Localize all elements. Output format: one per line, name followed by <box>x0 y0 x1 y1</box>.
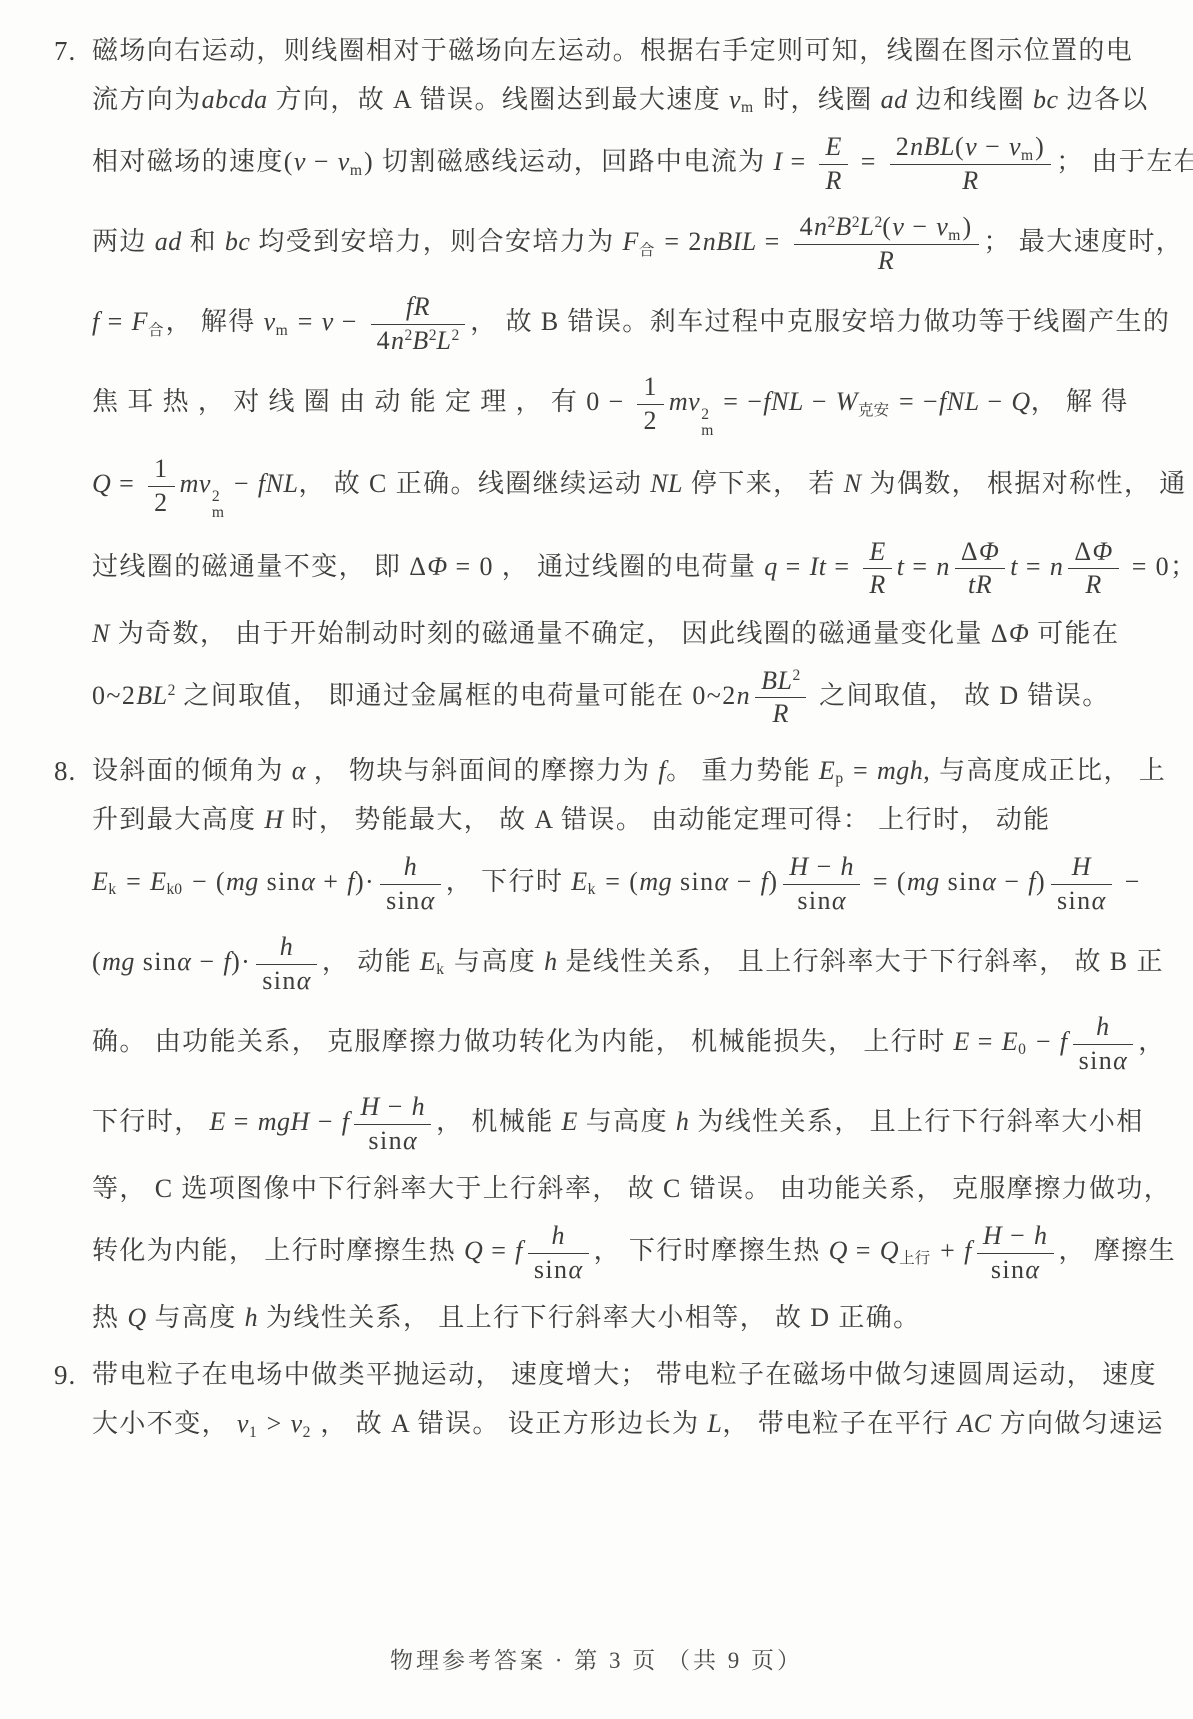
math-variable: fNL <box>939 387 980 416</box>
text-run: 2 <box>643 406 657 435</box>
text-run: = <box>904 552 936 581</box>
text-run: 设斜面的倾角为 <box>92 756 292 785</box>
fraction-denominator: R <box>794 245 979 278</box>
text-run: = − <box>715 387 763 416</box>
fraction: ΔΦtR <box>955 536 1005 602</box>
math-variable: R <box>962 166 978 195</box>
fraction-numerator: H − h <box>354 1091 431 1125</box>
text-run: 4 <box>800 212 814 241</box>
math-variable: h <box>1034 1221 1048 1250</box>
fraction: ΔΦR <box>1068 536 1118 602</box>
fraction-denominator: R <box>755 698 806 731</box>
fraction: ER <box>819 131 847 197</box>
text-run: 与高度 <box>446 947 544 976</box>
text-run: − <box>1117 867 1141 896</box>
fraction-numerator: ΔΦ <box>1068 536 1118 570</box>
text-run: − <box>1002 1221 1034 1250</box>
text-run: ， 摩擦生 <box>1059 1236 1177 1265</box>
math-variable: fR <box>406 292 430 321</box>
text-run: = <box>483 1236 515 1265</box>
text-run: = − <box>891 387 939 416</box>
math-variable: E <box>1002 1027 1018 1056</box>
text-run: = <box>757 227 789 256</box>
math-variable: bc <box>225 227 251 256</box>
text-run: ， 下行时 <box>446 867 571 896</box>
text-run: − <box>729 867 761 896</box>
text-run: ， 故 B 错误。刹车过程中克服安培力做功等于线圈产生的 <box>470 307 1170 336</box>
text-run: sin <box>672 867 714 896</box>
answer-sheet-page: 7.磁场向右运动，则线圈相对于磁场向左运动。根据右手定则可知，线圈在图示位置的电… <box>0 0 1193 1719</box>
math-variable: L <box>860 212 875 241</box>
text-line: 流方向为abcda 方向，故 A 错误。线圈达到最大速度 vm 时，线圈 ad … <box>92 75 1149 124</box>
text-run: 时，线圈 <box>755 85 880 114</box>
text-run: 转化为内能， 上行时摩擦生热 <box>92 1236 464 1265</box>
item-number: 8. <box>54 756 76 787</box>
math-variable: BL <box>136 681 167 710</box>
text-run: 热 <box>92 1303 127 1332</box>
text-run: ) <box>1035 132 1045 161</box>
math-variable: f <box>342 1107 350 1136</box>
text-run: ) <box>768 867 778 896</box>
fraction-numerator: 2nBL(v − vm) <box>890 131 1051 165</box>
text-run: 方向做匀速运 <box>992 1409 1164 1438</box>
text-line: 过线圈的磁通量不变， 即 ΔΦ = 0 ， 通过线圈的电荷量 q = It = … <box>92 529 1149 609</box>
math-variable: E <box>819 756 835 785</box>
text-run: 下行时， <box>92 1107 210 1136</box>
text-run: 磁场向右运动，则线圈相对于磁场向左运动。根据右手定则可知，线圈在图示位置的电 <box>92 36 1133 65</box>
text-run: = <box>845 756 877 785</box>
text-run: Δ <box>961 537 979 566</box>
math-variable: F <box>132 307 148 336</box>
math-variable: f <box>1060 1027 1068 1056</box>
superscript: 2 <box>451 327 459 344</box>
math-variable: mg <box>639 867 672 896</box>
text-run: ( <box>955 132 965 161</box>
math-variable: v <box>1009 132 1021 161</box>
math-variable: α <box>1025 1255 1039 1284</box>
math-variable: v <box>965 132 977 161</box>
math-variable: f <box>347 867 355 896</box>
subscript: 上行 <box>899 1250 930 1267</box>
text-run: 可能在 <box>1029 619 1119 648</box>
text-run: sin <box>386 886 421 915</box>
subscript: k <box>436 961 444 978</box>
answer-item-8: 8.设斜面的倾角为 α ， 物块与斜面间的摩擦力为 f。 重力势能 Ep = m… <box>54 746 1149 1342</box>
text-run: , 与高度成正比， 上 <box>923 756 1166 785</box>
fraction-numerator: H − h <box>783 851 860 885</box>
math-variable: E <box>869 537 885 566</box>
fraction-denominator: sinα <box>528 1254 589 1287</box>
fraction: 12 <box>148 453 174 519</box>
text-line: (mg sinα − f)·hsinα， 动能 Ek 与高度 h 是线性关系， … <box>92 924 1149 1004</box>
item-number: 9. <box>54 1360 76 1391</box>
fraction-denominator: R <box>863 569 891 602</box>
stacked-subscript: m <box>701 423 713 439</box>
math-variable: H <box>1072 852 1091 881</box>
fraction-numerator: BL2 <box>755 665 806 699</box>
math-variable: mgh <box>877 756 923 785</box>
fraction-numerator: H <box>1051 851 1112 885</box>
text-line: Ek = Ek0 − (mg sinα + f)·hsinα， 下行时 Ek =… <box>92 844 1149 924</box>
text-run: 为偶数， 根据对称性， 通 <box>862 469 1187 498</box>
math-variable: h <box>245 1303 259 1332</box>
math-variable: f <box>964 1236 972 1265</box>
text-run: 均受到安培力，则合安培力为 <box>250 227 622 256</box>
stacked-subscript: m <box>212 505 224 521</box>
text-run: )· <box>355 867 375 896</box>
text-line: N 为奇数， 由于开始制动时刻的磁通量不确定， 因此线圈的磁通量变化量 ΔΦ 可… <box>92 609 1149 658</box>
stacked-superscript: 2 <box>212 489 224 505</box>
math-variable: E <box>954 1027 970 1056</box>
text-run: 是线性关系， 且上行斜率大于下行斜率， 故 B 正 <box>558 947 1164 976</box>
math-variable: α <box>292 756 306 785</box>
subscript: k0 <box>166 881 182 898</box>
math-variable: n <box>1050 552 1064 581</box>
math-variable: E <box>150 867 166 896</box>
text-run: ， 解 得 <box>1031 387 1129 416</box>
fraction-numerator: h <box>380 851 441 885</box>
text-run: − <box>904 212 936 241</box>
math-variable: E <box>825 132 841 161</box>
text-run: 之间取值， 即通过金属框的电荷量可能在 0~2 <box>175 681 736 710</box>
fraction-denominator: 4n2B2L2 <box>371 325 466 358</box>
text-run: = 2 <box>656 227 702 256</box>
fraction-numerator: E <box>819 131 847 165</box>
text-run: 0~2 <box>92 681 136 710</box>
text-run: − <box>809 852 841 881</box>
text-line: 设斜面的倾角为 α ， 物块与斜面间的摩擦力为 f。 重力势能 Ep = mgh… <box>92 746 1149 795</box>
text-run: = <box>970 1027 1002 1056</box>
superscript: 2 <box>168 682 176 699</box>
text-run: − <box>977 132 1009 161</box>
math-variable: Φ <box>1009 619 1029 648</box>
fraction-numerator: h <box>256 931 317 965</box>
text-run: = ( <box>865 867 907 896</box>
document-body: 7.磁场向右运动，则线圈相对于磁场向左运动。根据右手定则可知，线圈在图示位置的电… <box>54 26 1149 1456</box>
text-run: − <box>1028 1027 1060 1056</box>
text-run: ( <box>92 947 102 976</box>
math-variable: f <box>92 307 100 336</box>
text-run: = <box>853 147 885 176</box>
math-variable: α <box>1092 886 1106 915</box>
text-run: 为线性关系， 且上行下行斜率大小相 <box>689 1107 1143 1136</box>
math-variable: α <box>301 867 315 896</box>
math-variable: R <box>772 699 788 728</box>
math-variable: h <box>552 1221 566 1250</box>
math-variable: h <box>841 852 855 881</box>
text-run: − <box>804 387 836 416</box>
answer-item-9: 9.带电粒子在电场中做类平抛运动， 速度增大； 带电粒子在磁场中做匀速圆周运动，… <box>54 1350 1149 1448</box>
subscript: m <box>948 227 960 244</box>
math-variable: L <box>437 326 452 355</box>
math-variable: Q <box>880 1236 899 1265</box>
subscript: k <box>588 881 596 898</box>
math-variable: mv <box>669 387 700 416</box>
math-variable: tR <box>968 570 992 599</box>
text-run: 等， C 选项图像中下行斜率大于上行斜率， 故 C 错误。 由功能关系， 克服摩… <box>92 1174 1171 1203</box>
text-run: sin <box>1057 886 1092 915</box>
fraction: Hsinα <box>1051 851 1112 917</box>
math-variable: F <box>622 227 638 256</box>
math-variable: N <box>92 619 110 648</box>
text-run: 边和线圈 <box>908 85 1033 114</box>
text-run: 和 <box>182 227 225 256</box>
math-variable: mg <box>102 947 135 976</box>
fraction: 12 <box>637 371 663 437</box>
text-run: = <box>226 1107 258 1136</box>
text-run: sin <box>797 886 832 915</box>
math-variable: v <box>291 1409 303 1438</box>
stacked-superscript: 2 <box>701 407 713 423</box>
text-run: = 0 ， 通过线圈的电荷量 <box>448 552 765 581</box>
text-run: − <box>306 147 338 176</box>
fraction: hsinα <box>528 1220 589 1286</box>
text-run: 大小不变， <box>92 1409 237 1438</box>
fraction-denominator: R <box>890 165 1051 198</box>
text-run: ， 带电粒子在平行 <box>722 1409 957 1438</box>
text-run: sin <box>534 1255 569 1284</box>
math-variable: v <box>237 1409 249 1438</box>
fraction-denominator: sinα <box>1051 885 1112 918</box>
text-line: 升到最大高度 H 时， 势能最大， 故 A 错误。 由动能定理可得： 上行时， … <box>92 795 1149 844</box>
fraction-denominator: R <box>1068 569 1118 602</box>
item-number: 7. <box>54 36 76 67</box>
fraction: hsinα <box>256 931 317 997</box>
fraction: BL2R <box>755 665 806 731</box>
subscript: m <box>1021 147 1033 164</box>
text-run: = <box>111 469 143 498</box>
text-line: 下行时， E = mgH − fH − hsinα， 机械能 E 与高度 h 为… <box>92 1084 1149 1164</box>
text-run: sin <box>262 966 297 995</box>
text-run: − <box>310 1107 342 1136</box>
math-variable: E <box>420 947 436 976</box>
text-run: + <box>315 867 347 896</box>
text-line: Q = 12mv2m − fNL， 故 C 正确。线圈继续运动 NL 停下来， … <box>92 446 1149 528</box>
superscript: 2 <box>792 667 800 684</box>
math-variable: t <box>1010 552 1018 581</box>
fraction: 2nBL(v − vm)R <box>890 131 1051 197</box>
math-variable: v <box>322 307 334 336</box>
math-variable: mg <box>907 867 940 896</box>
math-variable: Φ <box>427 552 447 581</box>
text-run: 与高度 <box>578 1107 676 1136</box>
math-variable: H <box>789 852 808 881</box>
text-run: > <box>259 1409 291 1438</box>
subscript: m <box>350 162 362 179</box>
text-run: ， 下行时摩擦生热 <box>594 1236 829 1265</box>
fraction: hsinα <box>1073 1011 1134 1077</box>
superscript: 2 <box>429 327 437 344</box>
fraction-denominator: sinα <box>380 885 441 918</box>
text-run: 1 <box>154 454 168 483</box>
math-variable: v <box>936 212 948 241</box>
text-run: = ( <box>597 867 639 896</box>
fraction-numerator: ΔΦ <box>955 536 1005 570</box>
math-variable: v <box>729 85 741 114</box>
text-run: sin <box>135 947 177 976</box>
text-run: ， 物块与斜面间的摩擦力为 <box>306 756 659 785</box>
math-variable: α <box>982 867 996 896</box>
math-variable: B <box>835 212 851 241</box>
text-run: − ( <box>184 867 226 896</box>
fraction-denominator: sinα <box>1073 1045 1134 1078</box>
text-run: = <box>290 307 322 336</box>
math-variable: L <box>707 1409 722 1438</box>
text-run: ， 故 A 错误。 设正方形边长为 <box>312 1409 707 1438</box>
text-line: 0~2BL2 之间取值， 即通过金属框的电荷量可能在 0~2nBL2R 之间取值… <box>92 658 1149 738</box>
math-variable: N <box>844 469 862 498</box>
text-run: = <box>118 867 150 896</box>
math-variable: α <box>421 886 435 915</box>
math-variable: NL <box>650 469 683 498</box>
math-variable: B <box>412 326 428 355</box>
math-variable: nBL <box>910 132 955 161</box>
text-run: − <box>380 1092 412 1121</box>
fraction-numerator: h <box>1073 1011 1134 1045</box>
math-variable: R <box>825 166 841 195</box>
fraction-numerator: H − h <box>977 1220 1054 1254</box>
math-variable: mgH <box>258 1107 310 1136</box>
text-run: 为奇数， 由于开始制动时刻的磁通量不确定， 因此线圈的磁通量变化量 Δ <box>110 619 1009 648</box>
text-line: 焦 耳 热 ， 对 线 圈 由 动 能 定 理 ， 有 0 − 12mv2m =… <box>92 364 1149 446</box>
text-run: = <box>1018 552 1050 581</box>
math-variable: H <box>360 1092 379 1121</box>
fraction-numerator: h <box>528 1220 589 1254</box>
text-run: 与高度 <box>147 1303 245 1332</box>
text-line: f = F合， 解得 vm = v − fR4n2B2L2， 故 B 错误。刹车… <box>92 284 1149 364</box>
text-run: 时， 势能最大， 故 A 错误。 由动能定理可得： 上行时， 动能 <box>284 805 1051 834</box>
superscript: 2 <box>405 327 413 344</box>
fraction-numerator: E <box>863 536 891 570</box>
subscript: k <box>108 881 116 898</box>
math-variable: mv <box>180 469 211 498</box>
text-run: 为线性关系， 且上行下行斜率大小相等， 故 D 正确。 <box>258 1303 920 1332</box>
text-run: ( <box>882 212 892 241</box>
math-variable: n <box>737 681 751 710</box>
math-variable: abcda <box>202 85 268 114</box>
math-variable: fNL <box>763 387 804 416</box>
math-variable: v <box>264 307 276 336</box>
fraction: fR4n2B2L2 <box>371 291 466 357</box>
math-variable: R <box>1085 570 1101 599</box>
superscript: 2 <box>852 214 860 231</box>
math-variable: h <box>676 1107 690 1136</box>
text-run: 升到最大高度 <box>92 805 264 834</box>
math-variable: Q <box>1011 387 1030 416</box>
text-line: 两边 ad 和 bc 均受到安培力，则合安培力为 F合 = 2nBIL = 4n… <box>92 204 1149 284</box>
text-line: 磁场向右运动，则线圈相对于磁场向左运动。根据右手定则可知，线圈在图示位置的电 <box>92 26 1149 75</box>
math-variable: q <box>764 552 778 581</box>
math-variable: mg <box>226 867 259 896</box>
subscript: m <box>741 99 753 116</box>
math-variable: nBIL <box>703 227 757 256</box>
text-run: ， 解得 <box>166 307 264 336</box>
text-run: = <box>778 552 810 581</box>
text-run: = 0； 若 <box>1124 552 1193 581</box>
math-variable: f <box>515 1236 523 1265</box>
fraction-denominator: R <box>819 165 847 198</box>
text-run: 之间取值， 故 D 错误。 <box>811 681 1109 710</box>
math-variable: α <box>403 1126 417 1155</box>
text-run: sin <box>1079 1046 1114 1075</box>
math-variable: E <box>92 867 108 896</box>
text-run: 边各以 <box>1059 85 1149 114</box>
math-variable: h <box>544 947 558 976</box>
text-run: − <box>980 387 1012 416</box>
fraction-denominator: 2 <box>148 487 174 520</box>
math-variable: h <box>280 932 294 961</box>
text-run: sin <box>991 1255 1026 1284</box>
text-run: 带电粒子在电场中做类平抛运动， 速度增大； 带电粒子在磁场中做匀速圆周运动， 速… <box>92 1360 1157 1389</box>
math-variable: Φ <box>1093 537 1113 566</box>
subscript: m <box>276 322 288 339</box>
math-variable: h <box>412 1092 426 1121</box>
text-run: + <box>932 1236 964 1265</box>
text-run: = <box>100 307 132 336</box>
math-variable: H <box>983 1221 1002 1250</box>
text-run: 方向，故 A 错误。线圈达到最大速度 <box>268 85 729 114</box>
fraction: H − hsinα <box>977 1220 1054 1286</box>
math-variable: ad <box>881 85 908 114</box>
math-variable: Q <box>127 1303 146 1332</box>
text-run: = <box>783 147 815 176</box>
subscript: 1 <box>249 1424 257 1441</box>
text-run: 确。 由功能关系， 克服摩擦力做功转化为内能， 机械能损失， 上行时 <box>92 1027 954 1056</box>
fraction: hsinα <box>380 851 441 917</box>
math-variable: n <box>814 212 828 241</box>
math-variable: α <box>177 947 191 976</box>
math-variable: E <box>562 1107 578 1136</box>
fraction-numerator: 1 <box>637 371 663 405</box>
text-run: 两边 <box>92 227 155 256</box>
text-run: 相对磁场的速度( <box>92 147 294 176</box>
text-run: 过线圈的磁通量不变， 即 Δ <box>92 552 427 581</box>
text-run: − <box>191 947 223 976</box>
math-variable: bc <box>1033 85 1059 114</box>
fraction-denominator: sinα <box>977 1254 1054 1287</box>
text-line: 热 Q 与高度 h 为线性关系， 且上行下行斜率大小相等， 故 D 正确。 <box>92 1293 1149 1342</box>
math-variable: n <box>936 552 950 581</box>
math-variable: It <box>810 552 827 581</box>
text-run: − <box>996 867 1028 896</box>
text-run: = <box>826 552 858 581</box>
text-run: sin <box>368 1126 403 1155</box>
math-variable: Φ <box>979 537 999 566</box>
math-variable: W <box>836 387 858 416</box>
text-line: 转化为内能， 上行时摩擦生热 Q = fhsinα， 下行时摩擦生热 Q = Q… <box>92 1213 1149 1293</box>
math-variable: h <box>404 852 418 881</box>
math-variable: Q <box>92 469 111 498</box>
text-run: 焦 耳 热 ， 对 线 圈 由 动 能 定 理 ， 有 0 − <box>92 387 632 416</box>
math-variable: v <box>892 212 904 241</box>
subscript: 2 <box>303 1424 311 1441</box>
math-variable: α <box>568 1255 582 1284</box>
text-run: ； 最大速度时， <box>984 227 1184 256</box>
text-run: ) 切割磁感线运动，回路中电流为 <box>364 147 773 176</box>
text-run: 1 <box>643 372 657 401</box>
text-line: 大小不变， v1 > v2 ， 故 A 错误。 设正方形边长为 L， 带电粒子在… <box>92 1399 1149 1448</box>
math-variable: fNL <box>258 469 299 498</box>
text-run: − <box>334 307 366 336</box>
subscript: 克安 <box>858 402 889 419</box>
text-line: 确。 由功能关系， 克服摩擦力做功转化为内能， 机械能损失， 上行时 E = E… <box>92 1004 1149 1084</box>
math-variable: v <box>338 147 350 176</box>
text-run: = <box>848 1236 880 1265</box>
fraction: ER <box>863 536 891 602</box>
text-run: 流方向为 <box>92 85 202 114</box>
fraction-numerator: fR <box>371 291 466 325</box>
text-run: Δ <box>1074 537 1092 566</box>
